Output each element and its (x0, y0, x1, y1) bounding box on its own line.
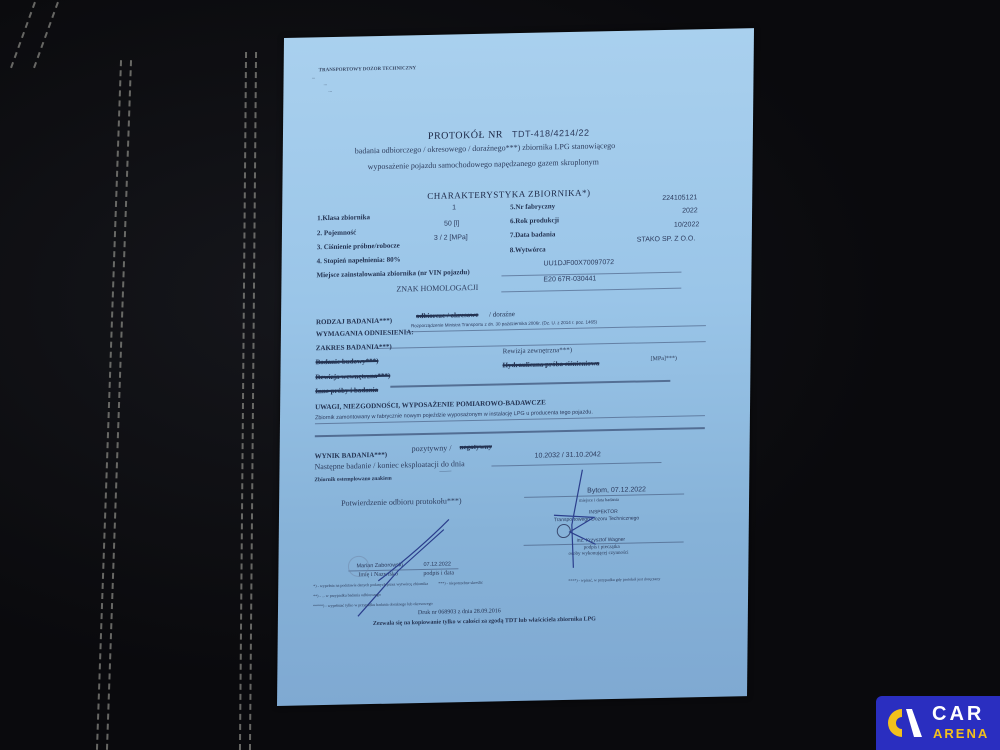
footnote: ***) - niepotrzebne skreślić (438, 580, 483, 586)
print-info: Druk nr 068903 z dnia 28.09.2016 (418, 608, 501, 616)
pressure-label: 3. Ciśnienie próbne/robocze (317, 242, 400, 252)
result-label: WYNIK BADANIA***) (315, 451, 388, 461)
result-value: pozytywny / (412, 443, 452, 453)
result-struck: negatywny (460, 443, 492, 452)
requirements-label: WYMAGANIA ODNIESIENIA: (316, 328, 414, 338)
exam-type-struck: odbiorcze / okresowe (416, 311, 478, 320)
production-year-label: 6.Rok produkcji (510, 216, 559, 225)
section-tank-characteristics: CHARAKTERYSTYKA ZBIORNIKA*) (427, 188, 590, 201)
footnote: ****) - wpisać, w przypadku gdy protokół… (568, 576, 660, 583)
vin-label: Miejsce zainstalowania zbiornika (nr VIN… (316, 268, 469, 279)
exam-date-value: 10/2022 (674, 221, 699, 229)
exam-type-value: / doraźne (489, 310, 515, 319)
stamped-label: Zbiornik ostemplowano znakiem (314, 476, 391, 484)
pressure-value: 3 / 2 [MPa] (434, 234, 468, 242)
next-exam-value: 10.2032 / 31.10.2042 (535, 451, 601, 459)
exam-type-label: RODZAJ BADANIA***) (316, 317, 392, 327)
car-arena-logo-icon (886, 707, 922, 739)
scope-pressure-unit: [MPa]***) (651, 356, 677, 363)
requirements-value: Rozporządzenie Ministra Transportu z dn.… (411, 319, 597, 328)
receipt-label: Potwierdzenie odbioru protokołu***) (341, 496, 462, 508)
serial-number-value: 224105121 (662, 194, 697, 202)
title-label: PROTOKÓŁ NR (428, 129, 503, 142)
scope-internal-inspection: Rewizja wewnętrzna***) (315, 372, 390, 382)
exam-date-label: 7.Data badania (510, 230, 556, 239)
capacity-value: 50 [l] (444, 220, 459, 227)
subtitle-vehicle: wyposażenie pojazdu samochodowego napędz… (368, 157, 599, 171)
fill-level-label: 4. Stopień napełnienia: 80% (317, 256, 401, 266)
homologation-value: E20 67R-030441 (543, 275, 596, 283)
production-year-value: 2022 (682, 207, 698, 214)
issuer-address: ... (328, 88, 332, 95)
tank-class-value: 1 (452, 204, 456, 211)
logo-text-arena: ARENA (933, 726, 989, 741)
issuer-name: TRANSPORTOWY DOZOR TECHNICZNY (319, 65, 417, 74)
scope-other-tests: Inne próby i badania (315, 386, 378, 395)
document-title: PROTOKÓŁ NR TDT-418/4214/22 (428, 128, 590, 142)
scope-hydraulic-test: Hydrauliczna próba ciśnieniowa (502, 359, 599, 369)
manufacturer-value: STAKO SP. Z O.O. (637, 235, 696, 243)
logo-text-car: CAR (932, 703, 984, 726)
inspector-signature-icon (533, 469, 614, 571)
stamped-value: —— (439, 468, 451, 474)
serial-number-label: 5.Nr fabryczny (510, 202, 555, 211)
vin-value: UU1DJF00X70097072 (544, 259, 615, 267)
scope-construction: Badanie budowy***) (316, 357, 379, 366)
car-arena-watermark: CAR ARENA (876, 696, 1000, 750)
protocol-number: TDT-418/4214/22 (512, 128, 590, 140)
issuer-address: ... (312, 74, 316, 81)
manufacturer-label: 8.Wytwórca (510, 245, 546, 254)
scope-external-inspection: Rewizja zewnętrzna***) (503, 346, 572, 355)
homologation-label: ZNAK HOMOLOGACJI (396, 283, 478, 294)
remarks-label: UWAGI, NIEZGODNOŚCI, WYPOSAŻENIE POMIARO… (315, 398, 546, 411)
tank-class-label: 1.Klasa zbiornika (317, 213, 370, 222)
lpg-tank-protocol-document: TRANSPORTOWY DOZOR TECHNICZNY ... ... ..… (277, 28, 754, 706)
capacity-label: 2. Pojemność (317, 228, 356, 237)
issuer-address: ... (323, 81, 327, 88)
subtitle-exam-type: badania odbiorczego / okresowego / doraź… (355, 141, 615, 155)
